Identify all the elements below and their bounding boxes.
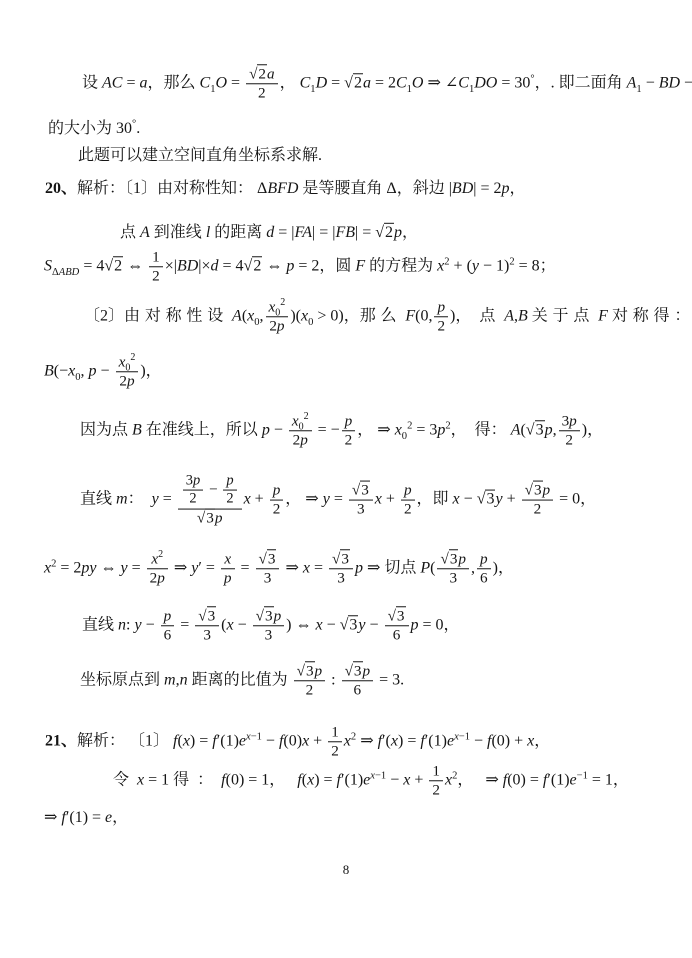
line-b-on-directrix: 因为点 B 在准线上，所以 p − x022p = −p2， ⇒ x02 = 3… <box>80 412 603 449</box>
line-area-and-circle-equation: SΔABD = 4√2 ⇔ 12×|BD|×d = 4√2 ⇔ p = 2，圆 … <box>44 248 556 285</box>
line-tangent-point: x2 = 2py ⇔ y = x22p ⇒ y′ = xp = √33 ⇒ x … <box>44 550 514 587</box>
line-m-equation: 直线 m： y = 3p2 − p2√3px + p2， ⇒ y = √33x … <box>80 473 596 528</box>
line-point-b-coordinates: B(−x0, p − x022p)， <box>44 353 162 390</box>
line-f-prime-result: ⇒ f′(1) = e， <box>44 809 128 827</box>
line-dihedral-computation: 设 AC = a，那么 C1O = √2a2， C1D = √2a = 2C1O… <box>82 65 692 102</box>
line-coordinate-note: 此题可以建立空间直角坐标系求解. <box>78 147 322 165</box>
problem-20-part1-intro: 20、解析：〔1〕由对称性知： ΔBFD 是等腰直角 Δ，斜边 |BD| = 2… <box>45 180 526 198</box>
line-distance-to-directrix: 点 A 到准线 l 的距离 d = |FA| = |FB| = √2p， <box>120 224 418 242</box>
line-n-equation: 直线 n: y − p6 = √33(x − √3p3) ⇔ x − √3y −… <box>82 607 460 644</box>
line-distance-ratio: 坐标原点到 m,n 距离的比值为 √3p2 : √3p6 = 3. <box>80 662 404 699</box>
problem-20-part2-setup: 〔2〕由对称性设 A(x0,x022p)(x0 > 0)，那么 F(0,p2)，… <box>84 298 690 335</box>
document-page: 设 AC = a，那么 C1O = √2a2， C1D = √2a = 2C1O… <box>0 0 692 958</box>
line-dihedral-result: 的大小为 30°. <box>48 120 140 138</box>
line-substitute-x1: 令 x = 1 得 ： f(0) = 1， f(x) = f′(1)ex−1 −… <box>113 762 629 799</box>
problem-21-part1-intro: 21、解析： 〔1〕 f(x) = f′(1)ex−1 − f(0)x + 12… <box>45 723 550 760</box>
page-number: 8 <box>0 862 692 878</box>
